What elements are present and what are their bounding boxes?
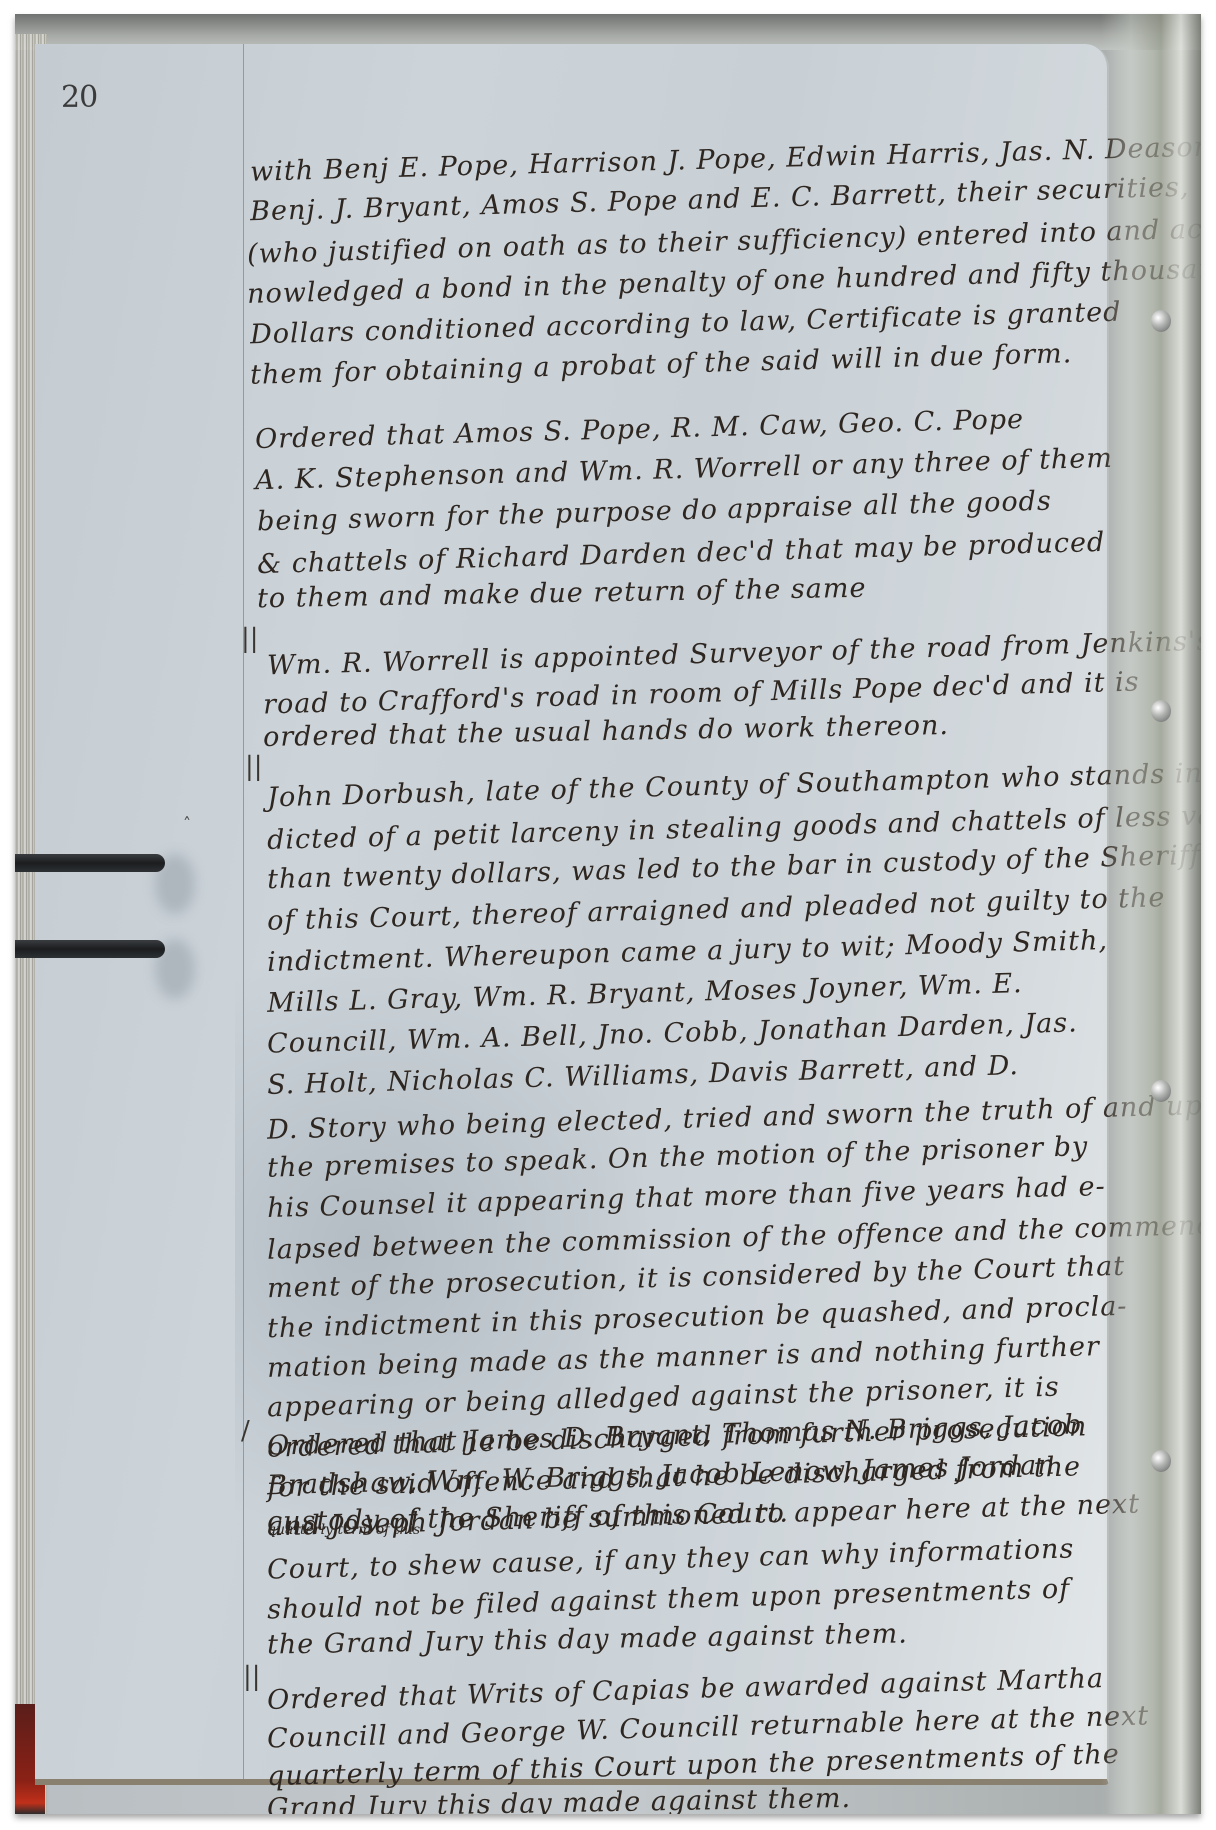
- binder-stud-icon: [1151, 700, 1171, 722]
- text-line: S. Holt, Nicholas C. Williams, Davis Bar…: [267, 1050, 1020, 1101]
- text-line: being sworn for the purpose do appraise …: [257, 486, 1052, 538]
- text-line: the Grand Jury this day made against the…: [267, 1618, 908, 1660]
- paragraph-mark: ||: [241, 624, 259, 654]
- margin-tick-mark: ˄: [183, 814, 191, 833]
- binder-photo: 20 with Benj E. Pope, Harrison J. Pope, …: [15, 14, 1201, 1814]
- binder-ring-icon: [15, 854, 165, 872]
- paragraph-mark: ||: [245, 752, 263, 782]
- binder-stud-icon: [1151, 1080, 1171, 1102]
- text-line: & chattels of Richard Darden dec'd that …: [257, 527, 1106, 580]
- handwritten-text: with Benj E. Pope, Harrison J. Pope, Edw…: [35, 44, 1107, 1779]
- plastic-sleeve-right-edge: [1101, 14, 1201, 1814]
- binder-stud-icon: [1151, 310, 1171, 332]
- binder-stud-icon: [1151, 1450, 1171, 1472]
- paragraph-mark: /: [241, 1416, 250, 1446]
- ledger-page: 20 with Benj E. Pope, Harrison J. Pope, …: [35, 44, 1109, 1785]
- paragraph-mark: ||: [243, 1662, 261, 1692]
- binder-ring-icon: [15, 940, 165, 958]
- interlinear-insertion: quarterly term of this: [267, 1522, 420, 1538]
- text-line: to them and make due return of the same: [257, 573, 867, 615]
